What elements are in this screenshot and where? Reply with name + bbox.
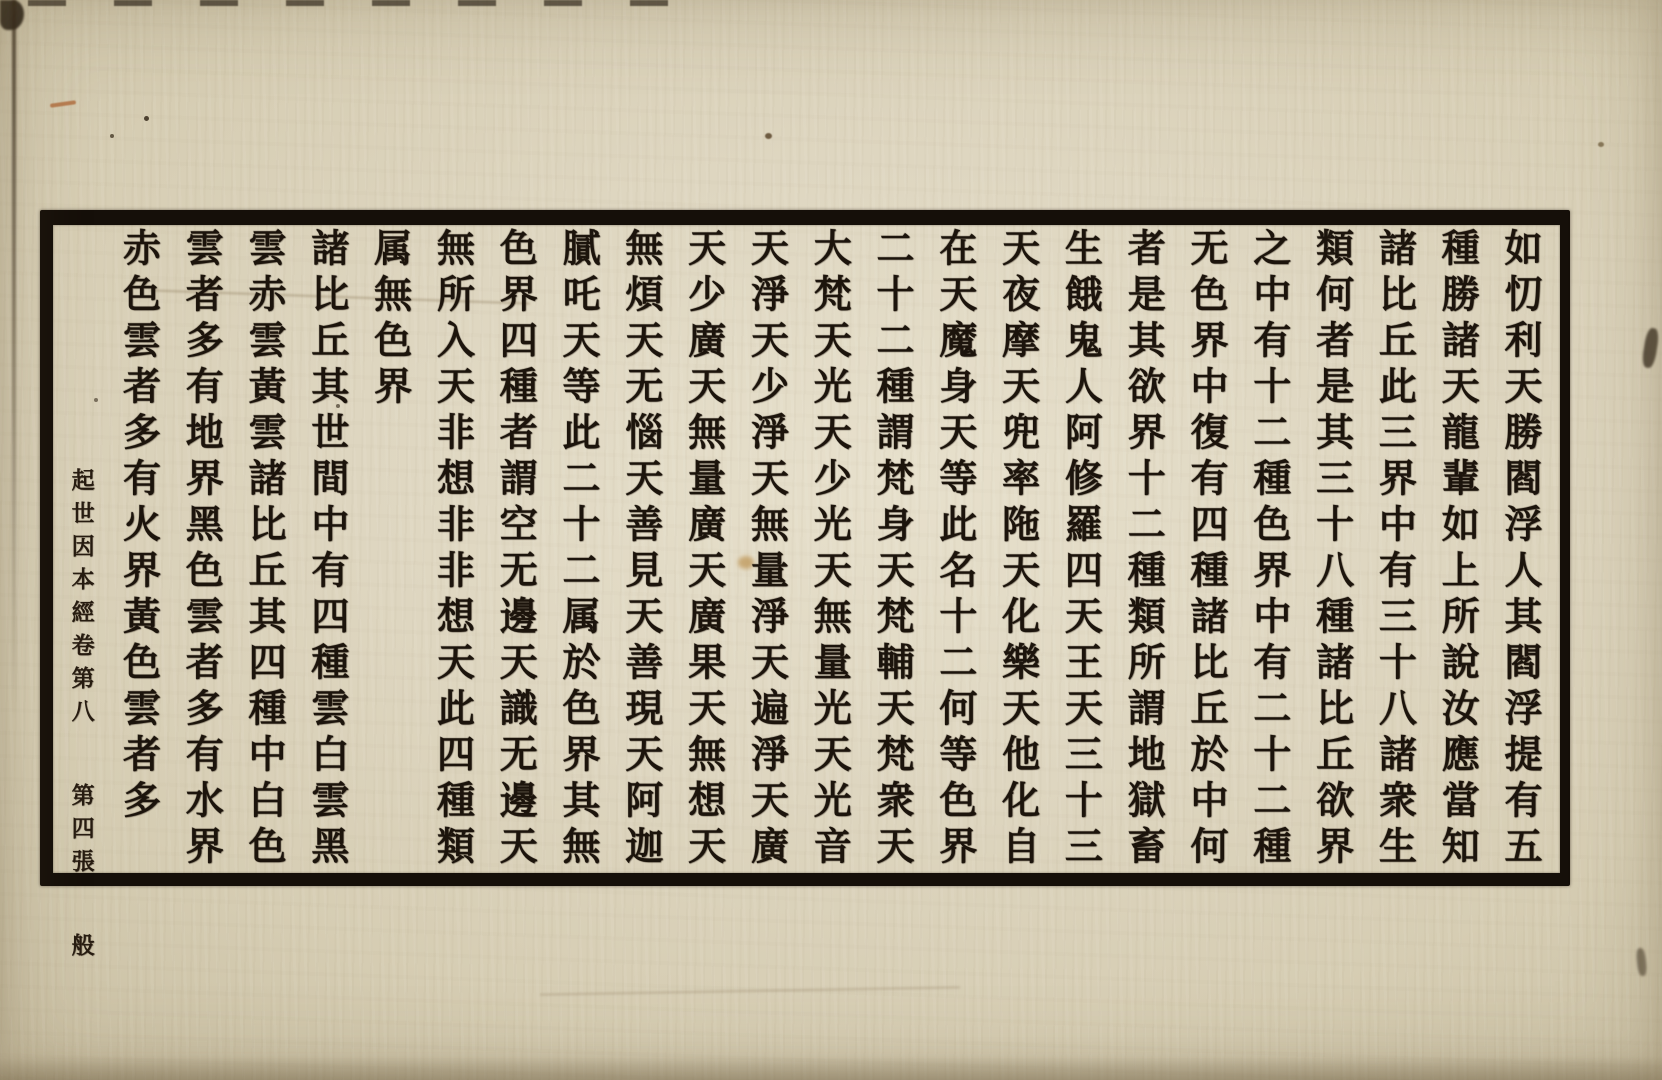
sutra-column-7: 者是其欲界十二種類所謂地獄畜 <box>1111 228 1174 870</box>
sutra-column-3: 諸比丘此三界中有三十八諸衆生 <box>1363 228 1426 870</box>
sutra-column-13: 天淨天少淨天無量淨天遍淨天廣 <box>735 228 798 870</box>
sheet-colophon: 起世因本經卷第八 第四張 般 <box>55 228 107 870</box>
sutra-column-22: 雲者多有地界黑色雲者多有水界 <box>169 228 232 870</box>
ink-speck <box>765 133 772 139</box>
edge-ink-mark <box>1636 948 1648 977</box>
scan-edge-shadow <box>0 1056 1662 1080</box>
sutra-column-5: 之中有十二種色界中有二十二種 <box>1237 228 1300 870</box>
ink-speck <box>1598 142 1604 147</box>
torn-top-edge-marks <box>28 0 668 6</box>
sutra-column-6: 无色界中復有四種諸比丘於中何 <box>1174 228 1237 870</box>
sutra-column-18: 無所入天非想非非想天此四種類 <box>421 228 484 870</box>
sutra-column-16: 膩吒天等此二十二属於色界其無 <box>546 228 609 870</box>
paper-crease <box>540 986 960 995</box>
sutra-column-8: 生餓鬼人阿修羅四天王天三十三 <box>1049 228 1112 870</box>
printed-text-frame: 如忉利天勝閻浮人其閻浮提有五 種勝諸天龍輩如上所說汝應當知 諸比丘此三界中有三十… <box>40 210 1570 886</box>
sutra-column-11: 二十二種謂梵身天梵輔天梵衆天 <box>860 228 923 870</box>
sutra-column-12: 大梵天光天少光天無量光天光音 <box>797 228 860 870</box>
sutra-column-21: 雲赤雲黃雲諸比丘其四種中白色 <box>232 228 295 870</box>
sutra-column-1: 如忉利天勝閻浮人其閻浮提有五 <box>1488 228 1551 870</box>
paper-fiber <box>50 100 76 108</box>
page-gutter-line <box>12 0 16 720</box>
ink-smudge-top-left <box>0 0 24 30</box>
sutra-column-9: 天夜摩天兜率陁天化樂天他化自 <box>986 228 1049 870</box>
colophon-sheet-number: 第四張 <box>68 783 95 882</box>
sutra-column-20: 諸比丘其世間中有四種雲白雲黑 <box>295 228 358 870</box>
sutra-column-15: 無煩天无惱天善見天善現天阿迦 <box>609 228 672 870</box>
sutra-column-4: 類何者是其三十八種諸比丘欲界 <box>1300 228 1363 870</box>
sutra-column-10: 在天魔身天等此名十二何等色界 <box>923 228 986 870</box>
sutra-column-17: 色界四種者謂空无邊天識无邊天 <box>483 228 546 870</box>
colophon-sutra-title: 起世因本經卷第八 <box>68 468 95 732</box>
sutra-text-columns: 如忉利天勝閻浮人其閻浮提有五 種勝諸天龍輩如上所說汝應當知 諸比丘此三界中有三十… <box>53 225 1560 873</box>
ink-speck <box>144 116 149 121</box>
ink-speck <box>110 134 114 138</box>
sutra-column-19: 属無色界 <box>358 228 421 870</box>
edge-ink-mark <box>1641 327 1660 369</box>
sutra-column-23: 赤色雲者多有火界黃色雲者多 <box>107 228 170 870</box>
sutra-column-14: 天少廣天無量廣天廣果天無想天 <box>672 228 735 870</box>
sutra-column-2: 種勝諸天龍輩如上所說汝應當知 <box>1425 228 1488 870</box>
sutra-scan-page: 如忉利天勝閻浮人其閻浮提有五 種勝諸天龍輩如上所說汝應當知 諸比丘此三界中有三十… <box>0 0 1662 1080</box>
colophon-case-mark: 般 <box>68 933 95 966</box>
